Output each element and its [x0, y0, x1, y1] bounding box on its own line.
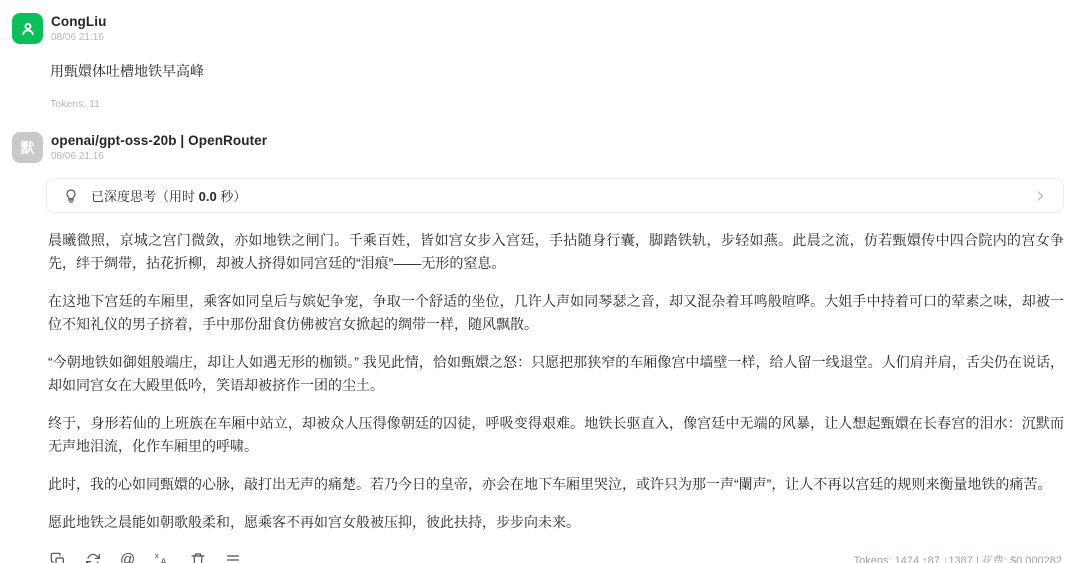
user-message-text: 用甄嬛体吐槽地铁早高峰: [50, 61, 1068, 81]
chat-area: CongLiu 08/06 21:16 用甄嬛体吐槽地铁早高峰 Tokens: …: [0, 0, 1080, 563]
more-menu-button[interactable]: [223, 550, 243, 563]
svg-text:A: A: [161, 557, 168, 563]
assistant-message-time: 08/06 21:16: [51, 151, 267, 162]
copy-button[interactable]: [48, 550, 68, 563]
delete-button[interactable]: [188, 550, 208, 563]
thinking-status-text: 已深度思考（用时 0.0 秒）: [91, 186, 246, 205]
assistant-message-footer: @ x A: [48, 549, 1064, 563]
translate-icon: x A: [154, 551, 171, 563]
menu-icon: [225, 552, 241, 563]
user-avatar[interactable]: [12, 13, 43, 44]
user-message-header: CongLiu 08/06 21:16: [12, 13, 1068, 44]
assistant-model-name: openai/gpt-oss-20b | OpenRouter: [51, 133, 267, 148]
regenerate-button[interactable]: [83, 550, 103, 563]
assistant-paragraph: 在这地下宫廷的车厢里，乘客如同皇后与嫔妃争宠，争取一个舒适的坐位，几许人声如同琴…: [48, 290, 1064, 336]
assistant-paragraph: 终于，身形若仙的上班族在车厢中站立，却被众人压得像朝廷的囚徒，呼吸变得艰难。地铁…: [48, 412, 1064, 458]
assistant-avatar[interactable]: 默: [12, 132, 43, 163]
refresh-icon: [85, 552, 101, 563]
copy-icon: [50, 552, 66, 563]
user-name: CongLiu: [51, 14, 106, 29]
assistant-avatar-label: 默: [21, 138, 35, 158]
mention-button[interactable]: @: [118, 550, 137, 563]
user-token-count: Tokens: 11: [50, 98, 1068, 110]
chevron-right-icon[interactable]: [1033, 189, 1047, 203]
mention-icon: @: [120, 552, 135, 563]
person-icon: [19, 20, 37, 38]
thinking-toggle[interactable]: 已深度思考（用时 0.0 秒）: [46, 178, 1064, 213]
assistant-message: 默 openai/gpt-oss-20b | OpenRouter 08/06 …: [12, 132, 1068, 563]
message-toolbar: @ x A: [48, 549, 243, 563]
assistant-paragraph: 晨曦微照，京城之宫门微敛，亦如地铁之闸门。千乘百姓，皆如宫女步入宫廷，手拈随身行…: [48, 229, 1064, 275]
user-message: CongLiu 08/06 21:16 用甄嬛体吐槽地铁早高峰 Tokens: …: [12, 13, 1068, 110]
translate-button[interactable]: x A: [152, 549, 173, 563]
assistant-message-header: 默 openai/gpt-oss-20b | OpenRouter 08/06 …: [12, 132, 1068, 163]
lightbulb-icon: [63, 188, 79, 204]
assistant-paragraph: 愿此地铁之晨能如朝歌般柔和，愿乘客不再如宫女般被压抑，彼此扶持，步步向未来。: [48, 511, 1064, 534]
token-usage-stats: Tokens: 1474 ↑87 ↓1387 | 花费: $0.000282: [854, 552, 1064, 563]
assistant-answer: 晨曦微照，京城之宫门微敛，亦如地铁之闸门。千乘百姓，皆如宫女步入宫廷，手拈随身行…: [48, 229, 1064, 534]
assistant-paragraph: 此时，我的心如同甄嬛的心脉，敲打出无声的痛楚。若乃今日的皇帝，亦会在地下车厢里哭…: [48, 473, 1064, 496]
svg-text:x: x: [155, 551, 159, 560]
thinking-duration: 0.0: [199, 189, 217, 204]
trash-icon: [190, 552, 206, 563]
assistant-paragraph: “今朝地铁如御姐般端庄，却让人如遇无形的枷锁。” 我见此情，恰如甄嬛之怒：只愿把…: [48, 351, 1064, 397]
user-message-time: 08/06 21:16: [51, 32, 106, 43]
